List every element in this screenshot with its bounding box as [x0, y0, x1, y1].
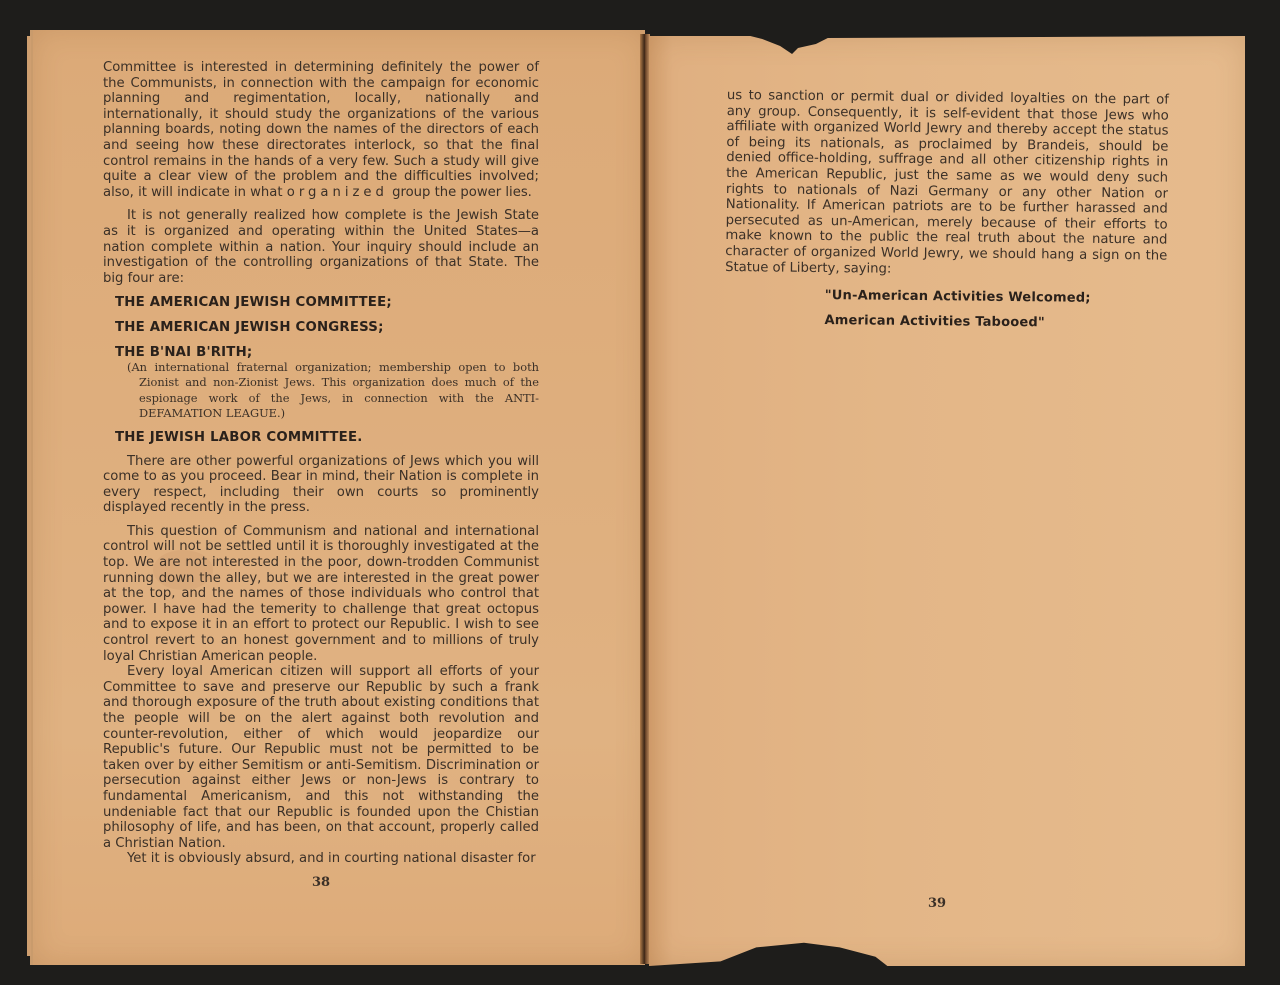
paragraph: Yet it is obviously absurd, and in court…: [103, 851, 539, 867]
left-page-text: Committee is interested in determining d…: [103, 60, 539, 867]
organization-heading: THE AMERICAN JEWISH COMMITTEE;: [115, 295, 539, 311]
right-page-text: us to sanction or permit dual or divided…: [724, 88, 1168, 332]
paragraph: us to sanction or permit dual or divided…: [725, 88, 1169, 280]
paragraph: There are other powerful organizations o…: [103, 454, 539, 516]
organization-heading: THE JEWISH LABOR COMMITTEE.: [115, 430, 539, 446]
book-gutter: [640, 34, 650, 964]
paragraph: This question of Communism and national …: [103, 524, 539, 664]
paragraph: Committee is interested in determining d…: [103, 60, 539, 200]
paragraph: Every loyal American citizen will suppor…: [103, 664, 539, 851]
organization-heading: THE AMERICAN JEWISH CONGRESS;: [115, 320, 539, 336]
booklet-spread: Committee is interested in determining d…: [0, 0, 1280, 985]
organization-heading: THE B'NAI B'RITH;: [115, 345, 539, 361]
quote-line: "Un-American Activities Welcomed;: [825, 288, 1167, 307]
paragraph: It is not generally realized how complet…: [103, 208, 539, 286]
emphasized-word: organized: [287, 185, 388, 200]
page-number-left: 38: [312, 875, 330, 890]
organization-note: (An international fraternal organization…: [127, 360, 539, 421]
page-number-right: 39: [928, 896, 946, 911]
